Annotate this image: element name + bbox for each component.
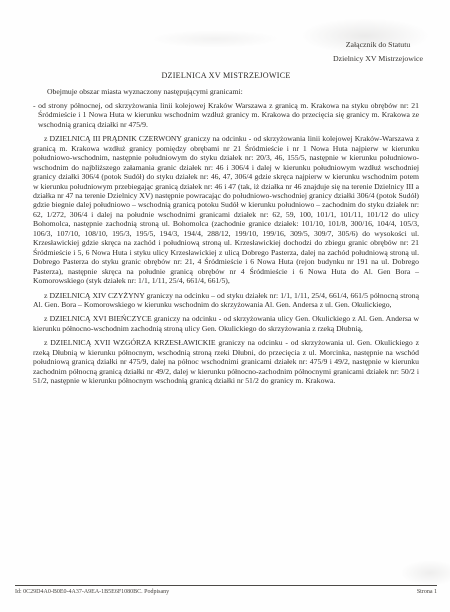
- footer-divider: [15, 585, 437, 586]
- scan-artifact: [400, 560, 450, 586]
- boundary-paragraph-district-16: z DZIELNICĄ XVI BIEŃCZYCE graniczy na od…: [33, 314, 419, 333]
- intro-line: Obejmuje obszar miasta wyznaczony następ…: [33, 87, 419, 96]
- boundary-paragraph-district-14: z DZIELNICĄ XIV CZYŻYNY graniczy na odci…: [33, 291, 419, 310]
- document-id: Id: 0C29D4A0-B0E0-4A37-A9EA-1B5E6F1080BC…: [15, 588, 169, 596]
- document-page: Załącznik do Statutu Dzielnicy XV Mistrz…: [0, 0, 450, 612]
- boundary-paragraph-north: - od strony północnej, od skrzyżowania l…: [33, 101, 419, 129]
- attachment-note-line-2: Dzielnicy XV Mistrzejowice: [295, 52, 450, 66]
- boundary-paragraph-district-17: z DZIELNICĄ XVII WZGÓRZA KRZESŁAWICKIE g…: [33, 338, 419, 385]
- boundary-paragraph-district-3: z DZIELNICĄ III PRĄDNIK CZERWONY granicz…: [33, 134, 419, 285]
- scan-artifact: [150, 30, 280, 48]
- page-footer: Id: 0C29D4A0-B0E0-4A37-A9EA-1B5E6F1080BC…: [15, 588, 437, 596]
- district-title: DZIELNICA XV MISTRZEJOWICE: [33, 71, 419, 80]
- attachment-note: Załącznik do Statutu Dzielnicy XV Mistrz…: [295, 38, 450, 66]
- attachment-note-line-1: Załącznik do Statutu: [295, 38, 450, 52]
- page-number: Strona 1: [417, 588, 437, 596]
- document-body: DZIELNICA XV MISTRZEJOWICE Obejmuje obsz…: [33, 71, 419, 391]
